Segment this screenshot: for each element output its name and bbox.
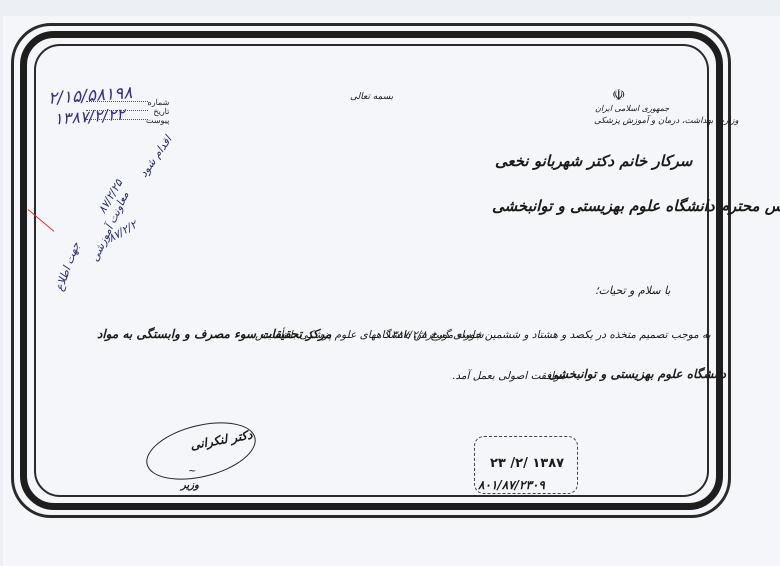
recipient-name: سرکار خانم دکتر شهربانو نخعی <box>495 152 692 170</box>
body-line2-university: دانشگاه علوم بهزیستی و توانبخشی <box>548 367 726 381</box>
signature-mark: ~ <box>188 466 196 477</box>
attachment-label: پیوست <box>146 116 169 125</box>
stamp-date: ۱۳۸۷ /۲/ ۲۳ <box>490 456 564 471</box>
margin-note: اقدام شود <box>137 133 175 179</box>
number-label: شماره <box>146 98 169 107</box>
handwritten-margin-notes: اقدام شود ۸۷/۲/۲۵ معاونت آموزشی جهت اطلا… <box>22 140 182 370</box>
letterhead-ministry: وزارت بهداشت، درمان و آموزش پزشکی <box>594 116 739 126</box>
bismillah: بسمه تعالی <box>350 92 393 102</box>
recipient-title: رییس محترم دانشگاه علوم بهزیستی و توانبخ… <box>492 197 780 215</box>
date-label: تاریخ <box>146 107 169 116</box>
margin-note: جهت اطلاع <box>53 240 83 292</box>
signatory-role: وزیر <box>181 480 199 491</box>
greeting: با سلام و تحیات؛ <box>595 284 671 297</box>
iran-emblem-icon: ☫ <box>612 86 625 104</box>
letter-meta-labels: شماره تاریخ پیوست <box>146 98 169 125</box>
body-line2-rest: موافقت اصولی بعمل آمد. <box>452 370 565 382</box>
letterhead-country: جمهوری اسلامی ایران <box>595 104 669 113</box>
stamp-number: ۸۰۱/۸۷/۲۳۰۹ <box>478 478 545 492</box>
